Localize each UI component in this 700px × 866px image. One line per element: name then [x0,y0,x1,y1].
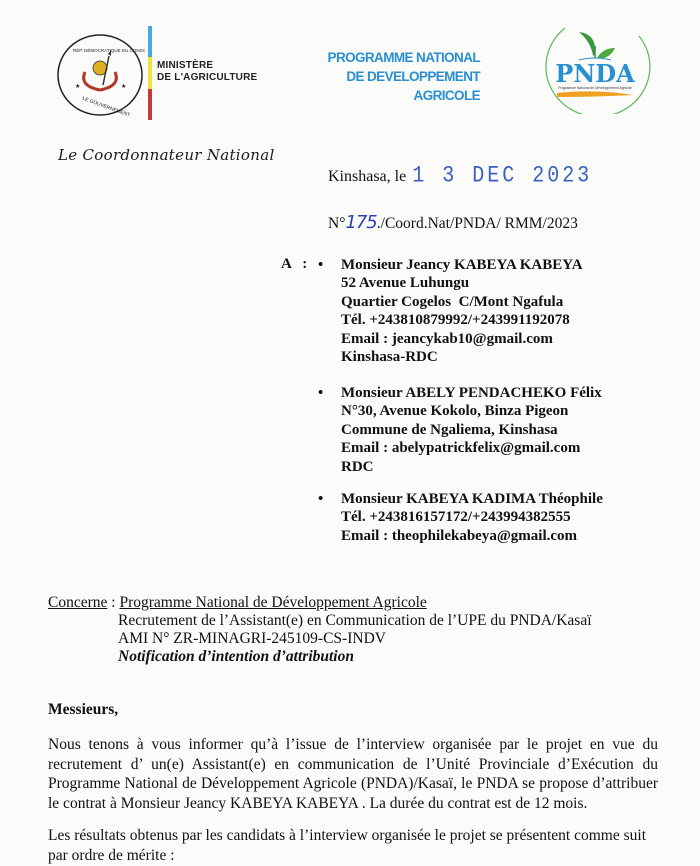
bullet-icon: • [318,384,323,402]
recipient-city: Kinshasa-RDC [341,348,583,366]
recipient-phone: Tél. +243810879992/+243991192078 [341,311,583,329]
svg-text:★: ★ [75,83,80,90]
subject-line-4: Notification d’intention d’attribution [118,648,592,666]
leaf-icon [579,32,595,56]
ministry-name: MINISTÈRE DE L'AGRICULTURE [157,60,257,84]
recipient-block: • Monsieur KABEYA KADIMA Théophile Tél. … [318,490,603,545]
results-intro-paragraph: Les résultats obtenus par les candidats … [48,826,658,865]
recipient-country: RDC [341,458,602,476]
pnda-logo: PNDA Programme National de Développement… [535,14,655,114]
reference-number: N°175./Coord.Nat/PNDA/ RMM/2023 [328,212,578,233]
flag-color-bar [148,26,152,121]
program-title-line-2: DE DEVELOPPEMENT [300,67,480,86]
svg-text:Programme National de Développ: Programme National de Développement Agri… [558,86,632,90]
subject-label: Concerne [48,594,107,611]
recipient-block: • Monsieur Jeancy KABEYA KABEYA 52 Avenu… [318,256,583,366]
recipient-name: Monsieur KABEYA KADIMA Théophile [341,490,603,508]
recipients-label: A : [281,256,307,273]
handwritten-number: 175 [345,212,376,233]
subject-line-3: AMI N° ZR-MINAGRI-245109-CS-INDV [118,630,592,648]
reference-prefix: N° [328,215,345,232]
flag-blue [148,26,152,57]
subject-line-1: Programme National de Développement Agri… [119,594,426,611]
subject-block: Concerne : Programme National de Dévelop… [48,594,592,666]
recipient-address: Quartier Cogelos C/Mont Ngafula [341,293,583,311]
recipient-block: • Monsieur ABELY PENDACHEKO Félix N°30, … [318,384,602,476]
ministry-seal-logo: ★ ★ LE GOUVERNEMENT RÉP. DÉMOCRATIQUE DU… [55,30,145,120]
subject-separator: : [107,594,119,611]
program-title-line-3: AGRICOLE [300,86,480,105]
program-title: PROGRAMME NATIONAL DE DEVELOPPEMENT AGRI… [300,48,480,105]
recipient-address: 52 Avenue Luhungu [341,274,583,292]
place-date: Kinshasa, le1 3 DEC 2023 [328,165,592,188]
coordinator-title: Le Coordonnateur National [58,146,275,164]
recipient-email: Email : theophilekabeya@gmail.com [341,527,603,545]
recipient-name: Monsieur ABELY PENDACHEKO Félix [341,384,602,402]
subject-line-2: Recrutement de l’Assistant(e) en Communi… [118,612,592,630]
recipient-email: Email : jeancykab10@gmail.com [341,330,583,348]
svg-text:PNDA: PNDA [555,59,635,88]
ministry-line-2: DE L'AGRICULTURE [157,72,257,84]
bullet-icon: • [318,256,323,274]
recipient-phone: Tél. +243816157172/+243994382555 [341,508,603,526]
svg-text:RÉP. DÉMOCRATIQUE DU CONGO: RÉP. DÉMOCRATIQUE DU CONGO [73,47,145,53]
reference-suffix: ./Coord.Nat/PNDA/ RMM/2023 [377,215,578,232]
program-title-line-1: PROGRAMME NATIONAL [300,48,480,67]
recipient-address: Commune de Ngaliema, Kinshasa [341,421,602,439]
bullet-icon: • [318,490,323,508]
recipient-name: Monsieur Jeancy KABEYA KABEYA [341,256,583,274]
date-stamp: 1 3 DEC 2023 [412,163,592,189]
salutation: Messieurs, [48,701,118,719]
recipient-address: N°30, Avenue Kokolo, Binza Pigeon [341,402,602,420]
svg-text:★: ★ [121,83,126,90]
flag-red [148,89,152,120]
ministry-line-1: MINISTÈRE [157,60,257,72]
flag-yellow [148,57,152,88]
place: Kinshasa, le [328,168,406,185]
recipient-email: Email : abelypatrickfelix@gmail.com [341,439,602,457]
body-paragraph: Nous tenons à vous informer qu’à l’issue… [48,735,658,813]
